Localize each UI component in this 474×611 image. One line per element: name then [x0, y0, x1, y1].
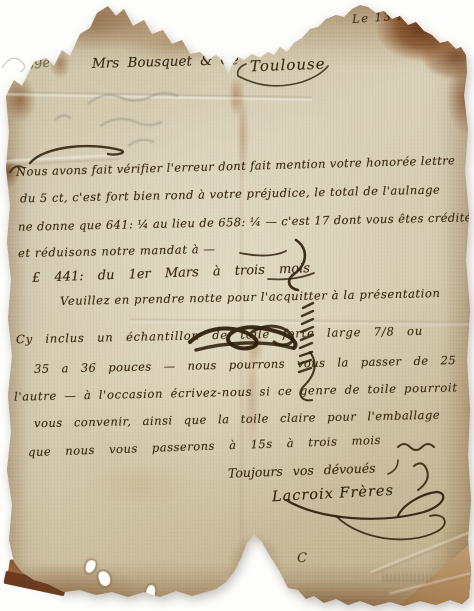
- body-line: du 5 ct, c'est fort bien rond à votre pr…: [20, 185, 440, 205]
- paper-hole: [84, 559, 97, 574]
- closing-tail: [388, 460, 398, 474]
- body-line: que nous vous passerons à 15s à trois mo…: [28, 435, 381, 459]
- body-line: et réduisons notre mandat à —: [18, 244, 216, 260]
- city-line: Toulouse: [250, 57, 326, 75]
- faint-watermark: [382, 574, 434, 583]
- corner-crease-line: [389, 564, 474, 597]
- paper-hole: [145, 584, 157, 601]
- fold-crease-horizontal: [0, 91, 312, 101]
- mandat-dash: [240, 251, 286, 256]
- body-line: Veuillez en prendre notte pour l'acquitt…: [60, 288, 441, 307]
- paper-hole: [97, 570, 112, 587]
- body-line: ne donne que 641: ¼ au lieu de 658: ¼ — …: [18, 212, 472, 233]
- body-line: vous convenir, ainsi que la toile claire…: [34, 410, 440, 430]
- body-line: Cy inclus un échantillon de toile forte …: [16, 326, 423, 346]
- footer-mark: C: [297, 552, 307, 565]
- paper-shadow: Le 13 Mars 18.. 39e Mrs Bousquet & Ce To…: [0, 0, 474, 611]
- scanned-letter-photo: Le 13 Mars 18.. 39e Mrs Bousquet & Ce To…: [0, 0, 474, 611]
- folded-corner: [400, 540, 474, 605]
- signature: Lacroix Frères: [272, 484, 395, 505]
- body-line: £ 441: du 1er Mars à trois mois: [32, 262, 310, 285]
- body-line: l'autre — à l'occasion écrivez-nous si c…: [14, 382, 458, 403]
- date-line: Le 13 Mars 18..: [352, 6, 467, 25]
- corner-crease-line: [370, 519, 474, 575]
- closing-line: Toujours vos dévoués: [228, 462, 376, 480]
- signature-f-loop: [414, 463, 428, 490]
- aged-letter-paper: Le 13 Mars 18.. 39e Mrs Bousquet & Ce To…: [0, 0, 474, 611]
- body-line: Nous avons fait vérifier l'erreur dont f…: [16, 155, 455, 178]
- heavy-scribble-correction: [196, 343, 292, 350]
- opening-swash: [30, 146, 123, 163]
- reference-number: 39e: [25, 57, 51, 73]
- body-line: 35 a 36 pouces — nous pourrons vous la p…: [34, 354, 474, 375]
- recipient-line: Mrs Bousquet & Ce: [92, 54, 239, 71]
- trois-mois-squiggle: [398, 444, 434, 450]
- signature-flourish: [336, 515, 445, 539]
